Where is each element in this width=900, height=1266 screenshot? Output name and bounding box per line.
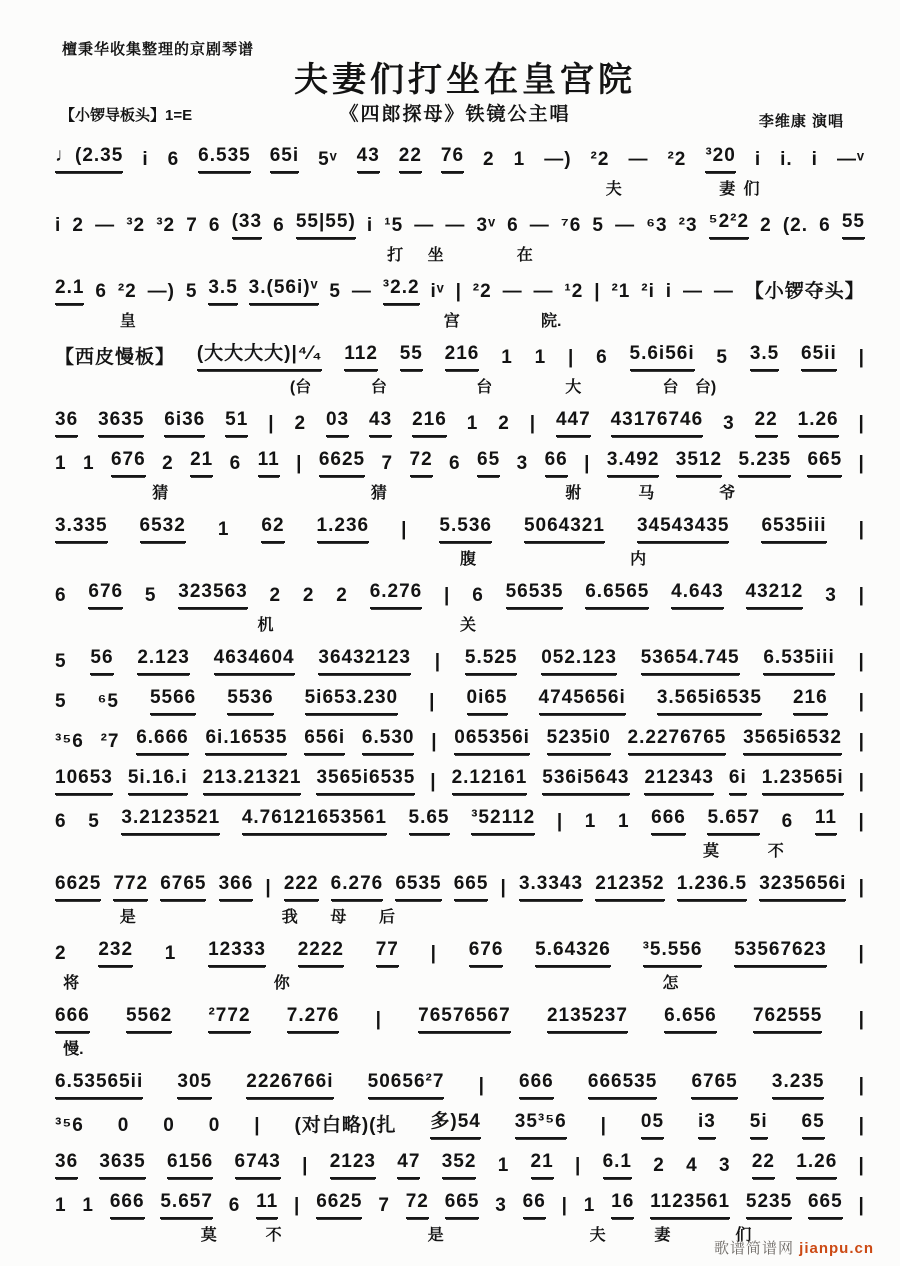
score-notes: ³⁵6000|(对白略)(扎多)5435³⁵6|05i35i65| (55, 1108, 865, 1139)
note-group: | (562, 1192, 568, 1219)
note-group: 11 (256, 1188, 278, 1219)
note-group: i (142, 146, 148, 173)
note-group: | (294, 1192, 300, 1219)
note-group: 6 (449, 450, 461, 477)
note-group: 6 (55, 808, 67, 835)
note-group: 6 (229, 1192, 241, 1219)
note-group: 11 (258, 446, 280, 477)
note-group: 2 (498, 410, 510, 437)
score-line: 6665562²7727.276|7657656721352376.656762… (55, 1002, 865, 1059)
note-group: 2123 (330, 1148, 376, 1179)
note-group: — (714, 278, 734, 305)
note-group: ⁶3 (646, 212, 667, 239)
note-group: 5.657 (707, 804, 760, 835)
note-group: 2 (270, 582, 282, 609)
note-group: 6i (729, 764, 747, 795)
note-group: 10653 (55, 764, 113, 795)
note-group: 6.666 (136, 724, 189, 755)
note-group: 3512 (676, 446, 722, 477)
note-group: | (456, 278, 462, 305)
note-group: | (859, 874, 865, 901)
note-group: 6 (596, 344, 608, 371)
note-group: 5 (329, 278, 341, 305)
note-group: ²1 (611, 278, 630, 305)
note-group: 3235656i (759, 870, 846, 901)
note-group: 5 (88, 808, 100, 835)
note-group: 65 (802, 1108, 825, 1139)
score-lines: ♩(2.35i66.53565i5ᵛ43227621—)²2—²2³20ii.i… (55, 142, 865, 1254)
note-group: ⁶5 (98, 688, 119, 715)
note-group: 3.5 (750, 340, 779, 371)
note-group: 6 (782, 808, 794, 835)
note-group: ²i (641, 278, 655, 305)
note-group: 21 (190, 446, 213, 477)
note-group: 4745656i (539, 684, 626, 715)
note-group: | (859, 410, 865, 437)
note-group: 3.235 (772, 1068, 825, 1099)
note-group: ¹5 (384, 212, 403, 239)
score-line: 66257726765366|2226.2766535665|3.3343212… (55, 870, 865, 927)
note-group: 1 (82, 1192, 94, 1219)
note-group: 6 (472, 582, 484, 609)
note-group: 多)54 (430, 1108, 480, 1139)
note-group: 2135237 (547, 1002, 628, 1033)
note-group: i (367, 212, 373, 239)
score-notes: 2.16²2—)53.53.(56i)ᵛ5—³2.2iᵛ|²2——¹2|²1²i… (55, 274, 865, 305)
lyric-char: 院. (541, 308, 561, 331)
lyric-char: (台 (290, 374, 311, 397)
note-group: 5.64326 (535, 936, 611, 967)
note-group: | (859, 1112, 865, 1139)
lyric-char: 你 (274, 970, 290, 993)
note-group: 1.23565i (762, 764, 844, 795)
note-group: 3.492 (607, 446, 660, 477)
lyric-char: 妻 (654, 1222, 670, 1245)
lyric-char: 怎 (663, 970, 679, 993)
note-group: ²2 (667, 146, 686, 173)
score-notes: 6.53565ii3052226766i50656²7|666666535676… (55, 1068, 865, 1099)
note-group: | (859, 1006, 865, 1033)
note-group: 665 (445, 1188, 480, 1219)
note-group: 6625 (55, 870, 101, 901)
note-group: 1.26 (796, 1148, 837, 1179)
note-group: 5 (55, 688, 67, 715)
performer-credit: 李维康 演唱 (759, 110, 844, 131)
note-group: 6.6565 (585, 578, 649, 609)
note-group: 12333 (208, 936, 266, 967)
note-group: 53654.745 (641, 644, 740, 675)
note-group: 676 (111, 446, 146, 477)
note-group: | (584, 450, 590, 477)
note-group: 665 (454, 870, 489, 901)
note-group: 66 (545, 446, 568, 477)
note-group: 5.536 (439, 512, 492, 543)
note-group: 666 (110, 1188, 145, 1219)
note-group: 536i5643 (542, 764, 629, 795)
note-group: 3.2123521 (121, 804, 220, 835)
note-group: 22 (752, 1148, 775, 1179)
note-group: (对白略)(扎 (295, 1112, 397, 1139)
note-group: 666 (55, 1002, 90, 1033)
note-group: 11 (815, 804, 837, 835)
note-group: | (859, 450, 865, 477)
score-notes: 【西皮慢板】(大大大大)|⁴⁄₄1125521611|65.6i56i53.56… (55, 340, 865, 371)
note-group: 212343 (644, 764, 713, 795)
note-group: 447 (556, 406, 591, 437)
lyric-char: 夫 (590, 1222, 606, 1245)
score-line: ³⁵6000|(对白略)(扎多)5435³⁵6|05i35i65| (55, 1108, 865, 1139)
note-group: 03 (326, 406, 349, 437)
watermark-site-url[interactable]: jianpu.cn (799, 1240, 874, 1257)
lyric-char: 妻 (719, 176, 735, 199)
note-group: 4.76121653561 (242, 804, 387, 835)
note-group: 1 (584, 1192, 596, 1219)
lyric-char: 是 (428, 1222, 444, 1245)
note-group: 1 (498, 1152, 510, 1179)
note-group: 77 (376, 936, 399, 967)
note-group: — (445, 212, 465, 239)
score-line: 3.33565321621.236|5.53650643213454343565… (55, 512, 865, 569)
lyric-char: 台 (476, 374, 492, 397)
score-notes: 5⁶5556655365i653.230|0i654745656i3.565i6… (55, 684, 865, 715)
lyric-char: 母 (330, 904, 346, 927)
score-notes: 2232112333222277|6765.64326³5.5565356762… (55, 936, 865, 967)
note-group: 5i653.230 (305, 684, 399, 715)
note-group: 762555 (753, 1002, 822, 1033)
note-group: 666 (519, 1068, 554, 1099)
note-group: 4.643 (671, 578, 724, 609)
note-group: 4 (686, 1152, 698, 1179)
score-line: ♩(2.35i66.53565i5ᵛ43227621—)²2—²2³20ii.i… (55, 142, 865, 199)
note-group: 5 (716, 344, 728, 371)
note-group: 5.6i56i (630, 340, 695, 371)
note-group: 5 (186, 278, 198, 305)
note-group: — (628, 146, 648, 173)
note-group: i (666, 278, 672, 305)
lyric-char: 不 (768, 838, 784, 861)
note-group: 3 (495, 1192, 507, 1219)
note-group: 1 (467, 410, 479, 437)
score-notes: 3.33565321621.236|5.53650643213454343565… (55, 512, 865, 543)
note-group: (2. (783, 212, 808, 239)
note-group: 6743 (235, 1148, 281, 1179)
note-group: 65i (270, 142, 299, 173)
note-group: ♩(2.35 (55, 142, 123, 173)
note-group: 656i (304, 724, 345, 755)
note-group: ³2 (156, 212, 175, 239)
lyric-char: 大 (565, 374, 581, 397)
note-group: 55 (842, 208, 865, 239)
note-group: ¹2 (564, 278, 583, 305)
note-group: 5 (55, 648, 67, 675)
note-group: | (430, 768, 436, 795)
note-group: 6i36 (164, 406, 205, 437)
note-group: 305 (177, 1068, 212, 1099)
note-group: 05 (641, 1108, 664, 1139)
note-group: 6765 (160, 870, 206, 901)
note-group: | (254, 1112, 260, 1139)
note-group: 665 (808, 1188, 843, 1219)
note-group: | (501, 874, 507, 901)
note-group: 1 (218, 516, 230, 543)
note-group: 6i.16535 (205, 724, 287, 755)
note-group: 3 (723, 410, 735, 437)
note-group: 2.123 (137, 644, 190, 675)
score-notes: 667653235632226.276|6565356.65654.643432… (55, 578, 865, 609)
note-group: 16 (611, 1188, 634, 1219)
note-group: 6.1 (603, 1148, 632, 1179)
score-lyrics: 莫不 (55, 838, 865, 861)
score-lyrics: 慢. (55, 1036, 865, 1059)
score-line: 2.16²2—)53.53.(56i)ᵛ5—³2.2iᵛ|²2——¹2|²1²i… (55, 274, 865, 331)
lyric-char: 莫 (201, 1222, 217, 1245)
lyric-char: 莫 (703, 838, 719, 861)
note-group: | (859, 1192, 865, 1219)
note-group: 065356i (454, 724, 530, 755)
note-group: — (95, 212, 115, 239)
note-group: ⁷6 (561, 212, 581, 239)
note-group: | (401, 516, 407, 543)
lyric-char: 猜 (152, 480, 168, 503)
note-group: 112 (344, 340, 378, 371)
note-group: 222 (284, 870, 319, 901)
note-group: 5.235 (738, 446, 791, 477)
note-group: 666535 (588, 1068, 657, 1099)
note-group: 5i.16.i (128, 764, 188, 795)
score-line: 5⁶5556655365i653.230|0i654745656i3.565i6… (55, 684, 865, 715)
page-title: 夫妻们打坐在皇宫院 (0, 52, 900, 101)
note-group: 5235i0 (547, 724, 611, 755)
note-group: 6 (230, 450, 242, 477)
note-group: 3635 (98, 406, 144, 437)
note-group: | (575, 1152, 581, 1179)
note-group: ²7 (101, 728, 120, 755)
note-group: 1 (535, 344, 547, 371)
note-group: | (429, 688, 435, 715)
note-group: 5.65 (409, 804, 450, 835)
note-group: 21 (531, 1148, 554, 1179)
note-group: 56535 (506, 578, 564, 609)
note-group: 2.1 (55, 274, 84, 305)
note-group: — (615, 212, 635, 239)
note-group: 3565i6535 (316, 764, 415, 795)
note-group: 5 (145, 582, 157, 609)
note-group: 6535 (395, 870, 441, 901)
note-group: 213.21321 (203, 764, 302, 795)
score-line: 5562.123463460436432123|5.525052.1235365… (55, 644, 865, 675)
note-group: | (376, 1006, 382, 1033)
score-notes: 36363561566743|212347352121|6.1243221.26… (55, 1148, 865, 1179)
note-group: 6.530 (362, 724, 415, 755)
note-group: 65ii (801, 340, 837, 371)
note-group: 6 (819, 212, 831, 239)
score-line: 3636356i3651|2034321612|447431767463221.… (55, 406, 865, 437)
note-group: ³⁵6 (55, 728, 84, 755)
lyric-char: 夫 (606, 176, 622, 199)
note-group: — (534, 278, 554, 305)
score-notes: 6665562²7727.276|7657656721352376.656762… (55, 1002, 865, 1033)
note-group: 7 (378, 1192, 390, 1219)
note-group: 3635 (99, 1148, 145, 1179)
note-group: ³5.556 (643, 936, 703, 967)
note-group: 1 (514, 146, 526, 173)
note-group: 4634604 (214, 644, 295, 675)
note-group: i (755, 146, 761, 173)
note-group: 76 (441, 142, 464, 173)
lyric-char: 皇 (120, 308, 136, 331)
lyric-char: 关 (460, 612, 476, 635)
note-group: 1123561 (650, 1188, 730, 1219)
note-group: | (557, 808, 563, 835)
note-group: | (302, 1152, 308, 1179)
score-line: 11676221611|6625772665366|3.49235125.235… (55, 446, 865, 503)
note-group: | (859, 940, 865, 967)
note-group: 2 (294, 410, 306, 437)
note-group: ²772 (208, 1002, 250, 1033)
note-group: i (812, 146, 818, 173)
note-group: 2222 (298, 936, 344, 967)
note-group: ³52112 (471, 804, 535, 835)
note-group: 34543435 (637, 512, 730, 543)
note-group: 5.657 (160, 1188, 213, 1219)
note-group: 366 (219, 870, 254, 901)
score-notes: 653.21235214.761216535615.65³52112|11666… (55, 804, 865, 835)
lyric-char: 打 (387, 242, 403, 265)
score-notes: 66257726765366|2226.2766535665|3.3343212… (55, 870, 865, 901)
note-group: 0i65 (467, 684, 508, 715)
lyric-char: 驸 (565, 480, 581, 503)
note-group: 43176746 (611, 406, 704, 437)
note-group: | (601, 1112, 607, 1139)
note-group: 6 (273, 212, 285, 239)
score-line: 36363561566743|212347352121|6.1243221.26… (55, 1148, 865, 1179)
note-group: 7.276 (287, 1002, 340, 1033)
note-group: | (594, 278, 600, 305)
note-group: —) (544, 146, 571, 173)
note-group: 0 (118, 1112, 130, 1139)
note-group: 6.276 (370, 578, 423, 609)
note-group: ²2 (591, 146, 610, 173)
note-group: 72 (410, 446, 433, 477)
note-group: 1.236 (317, 512, 370, 543)
note-group: | (479, 1072, 485, 1099)
note-group: 0 (209, 1112, 221, 1139)
note-group: — (352, 278, 372, 305)
note-group: | (530, 410, 536, 437)
note-group: 36 (55, 406, 78, 437)
score-line: 2232112333222277|6765.64326³5.5565356762… (55, 936, 865, 993)
lyric-char: 将 (63, 970, 79, 993)
score-notes: 11676221611|6625772665366|3.49235125.235… (55, 446, 865, 477)
note-group: 6.656 (664, 1002, 717, 1033)
lyric-char: 我 (282, 904, 298, 927)
note-group: 22 (399, 142, 422, 173)
note-group: —) (148, 278, 175, 305)
note-group: iᵛ (430, 278, 444, 305)
note-group: 3 (825, 582, 837, 609)
note-group: | (859, 1072, 865, 1099)
note-group: — (530, 212, 550, 239)
note-group: 6.535 (198, 142, 251, 173)
note-group: 6 (507, 212, 519, 239)
note-group: 43 (357, 142, 380, 173)
lyric-char: 们 (744, 176, 760, 199)
note-group: 55|55) (296, 208, 356, 239)
note-group: | (859, 728, 865, 755)
note-group: 3 (517, 450, 529, 477)
note-group: 1.26 (798, 406, 839, 437)
score-line: i2—³2³276(33655|55)i¹5——3ᵛ6—⁷65—⁶3²3⁵2²2… (55, 208, 865, 265)
note-group: (33 (232, 208, 262, 239)
note-group: | (859, 582, 865, 609)
lyric-char: 猜 (371, 480, 387, 503)
note-group: 1 (585, 808, 597, 835)
note-group: 7 (382, 450, 394, 477)
lyric-char: 宫 (444, 308, 460, 331)
score-lyrics: 腹内 (55, 546, 865, 569)
note-group: 5ᵛ (318, 146, 337, 173)
note-group: 216 (412, 406, 447, 437)
note-group: 7 (186, 212, 198, 239)
note-group: — (503, 278, 523, 305)
note-group: ³20 (705, 142, 735, 173)
prelude-board-label: 【小锣导板头】1=E (60, 104, 192, 125)
note-group: | (859, 808, 865, 835)
note-group: | (859, 344, 865, 371)
note-group: 2 (303, 582, 315, 609)
note-group: 6.276 (331, 870, 384, 901)
score-line: 【西皮慢板】(大大大大)|⁴⁄₄1125521611|65.6i56i53.56… (55, 340, 865, 397)
note-group: 212352 (595, 870, 664, 901)
note-group: 6.53565ii (55, 1068, 143, 1099)
note-group: 5064321 (524, 512, 605, 543)
note-group: | (435, 648, 441, 675)
note-group: 5566 (150, 684, 196, 715)
note-group: 676 (469, 936, 504, 967)
note-group: 6.535iii (763, 644, 834, 675)
note-group: ³2.2 (383, 274, 420, 305)
note-group: 1 (55, 450, 67, 477)
note-group: 2 (653, 1152, 665, 1179)
note-group: 【西皮慢板】 (55, 344, 175, 371)
lyric-char: 在 (517, 242, 533, 265)
note-group: 56 (90, 644, 113, 675)
note-group: 50656²7 (368, 1068, 445, 1099)
note-group: 1 (55, 1192, 67, 1219)
note-group: 6 (95, 278, 107, 305)
note-group: 36432123 (318, 644, 411, 675)
note-group: 53567623 (734, 936, 827, 967)
watermark-site-name: 歌谱简谱网 (714, 1240, 794, 1257)
note-group: 5.525 (465, 644, 518, 675)
note-group: | (859, 768, 865, 795)
note-group: 232 (98, 936, 133, 967)
score-lyrics: 机关 (55, 612, 865, 635)
note-group: 6 (168, 146, 180, 173)
note-group: 3 (719, 1152, 731, 1179)
note-group: 76576567 (418, 1002, 511, 1033)
score-line: 667653235632226.276|6565356.65654.643432… (55, 578, 865, 635)
note-group: 1 (618, 808, 630, 835)
note-group: | (859, 648, 865, 675)
note-group: | (859, 516, 865, 543)
note-group: 3.5 (208, 274, 237, 305)
note-group: 676 (88, 578, 123, 609)
note-group: 3ᵛ (477, 212, 496, 239)
note-group: 5235 (746, 1188, 792, 1219)
score-notes: 5562.123463460436432123|5.525052.1235365… (55, 644, 865, 675)
note-group: 3.335 (55, 512, 108, 543)
